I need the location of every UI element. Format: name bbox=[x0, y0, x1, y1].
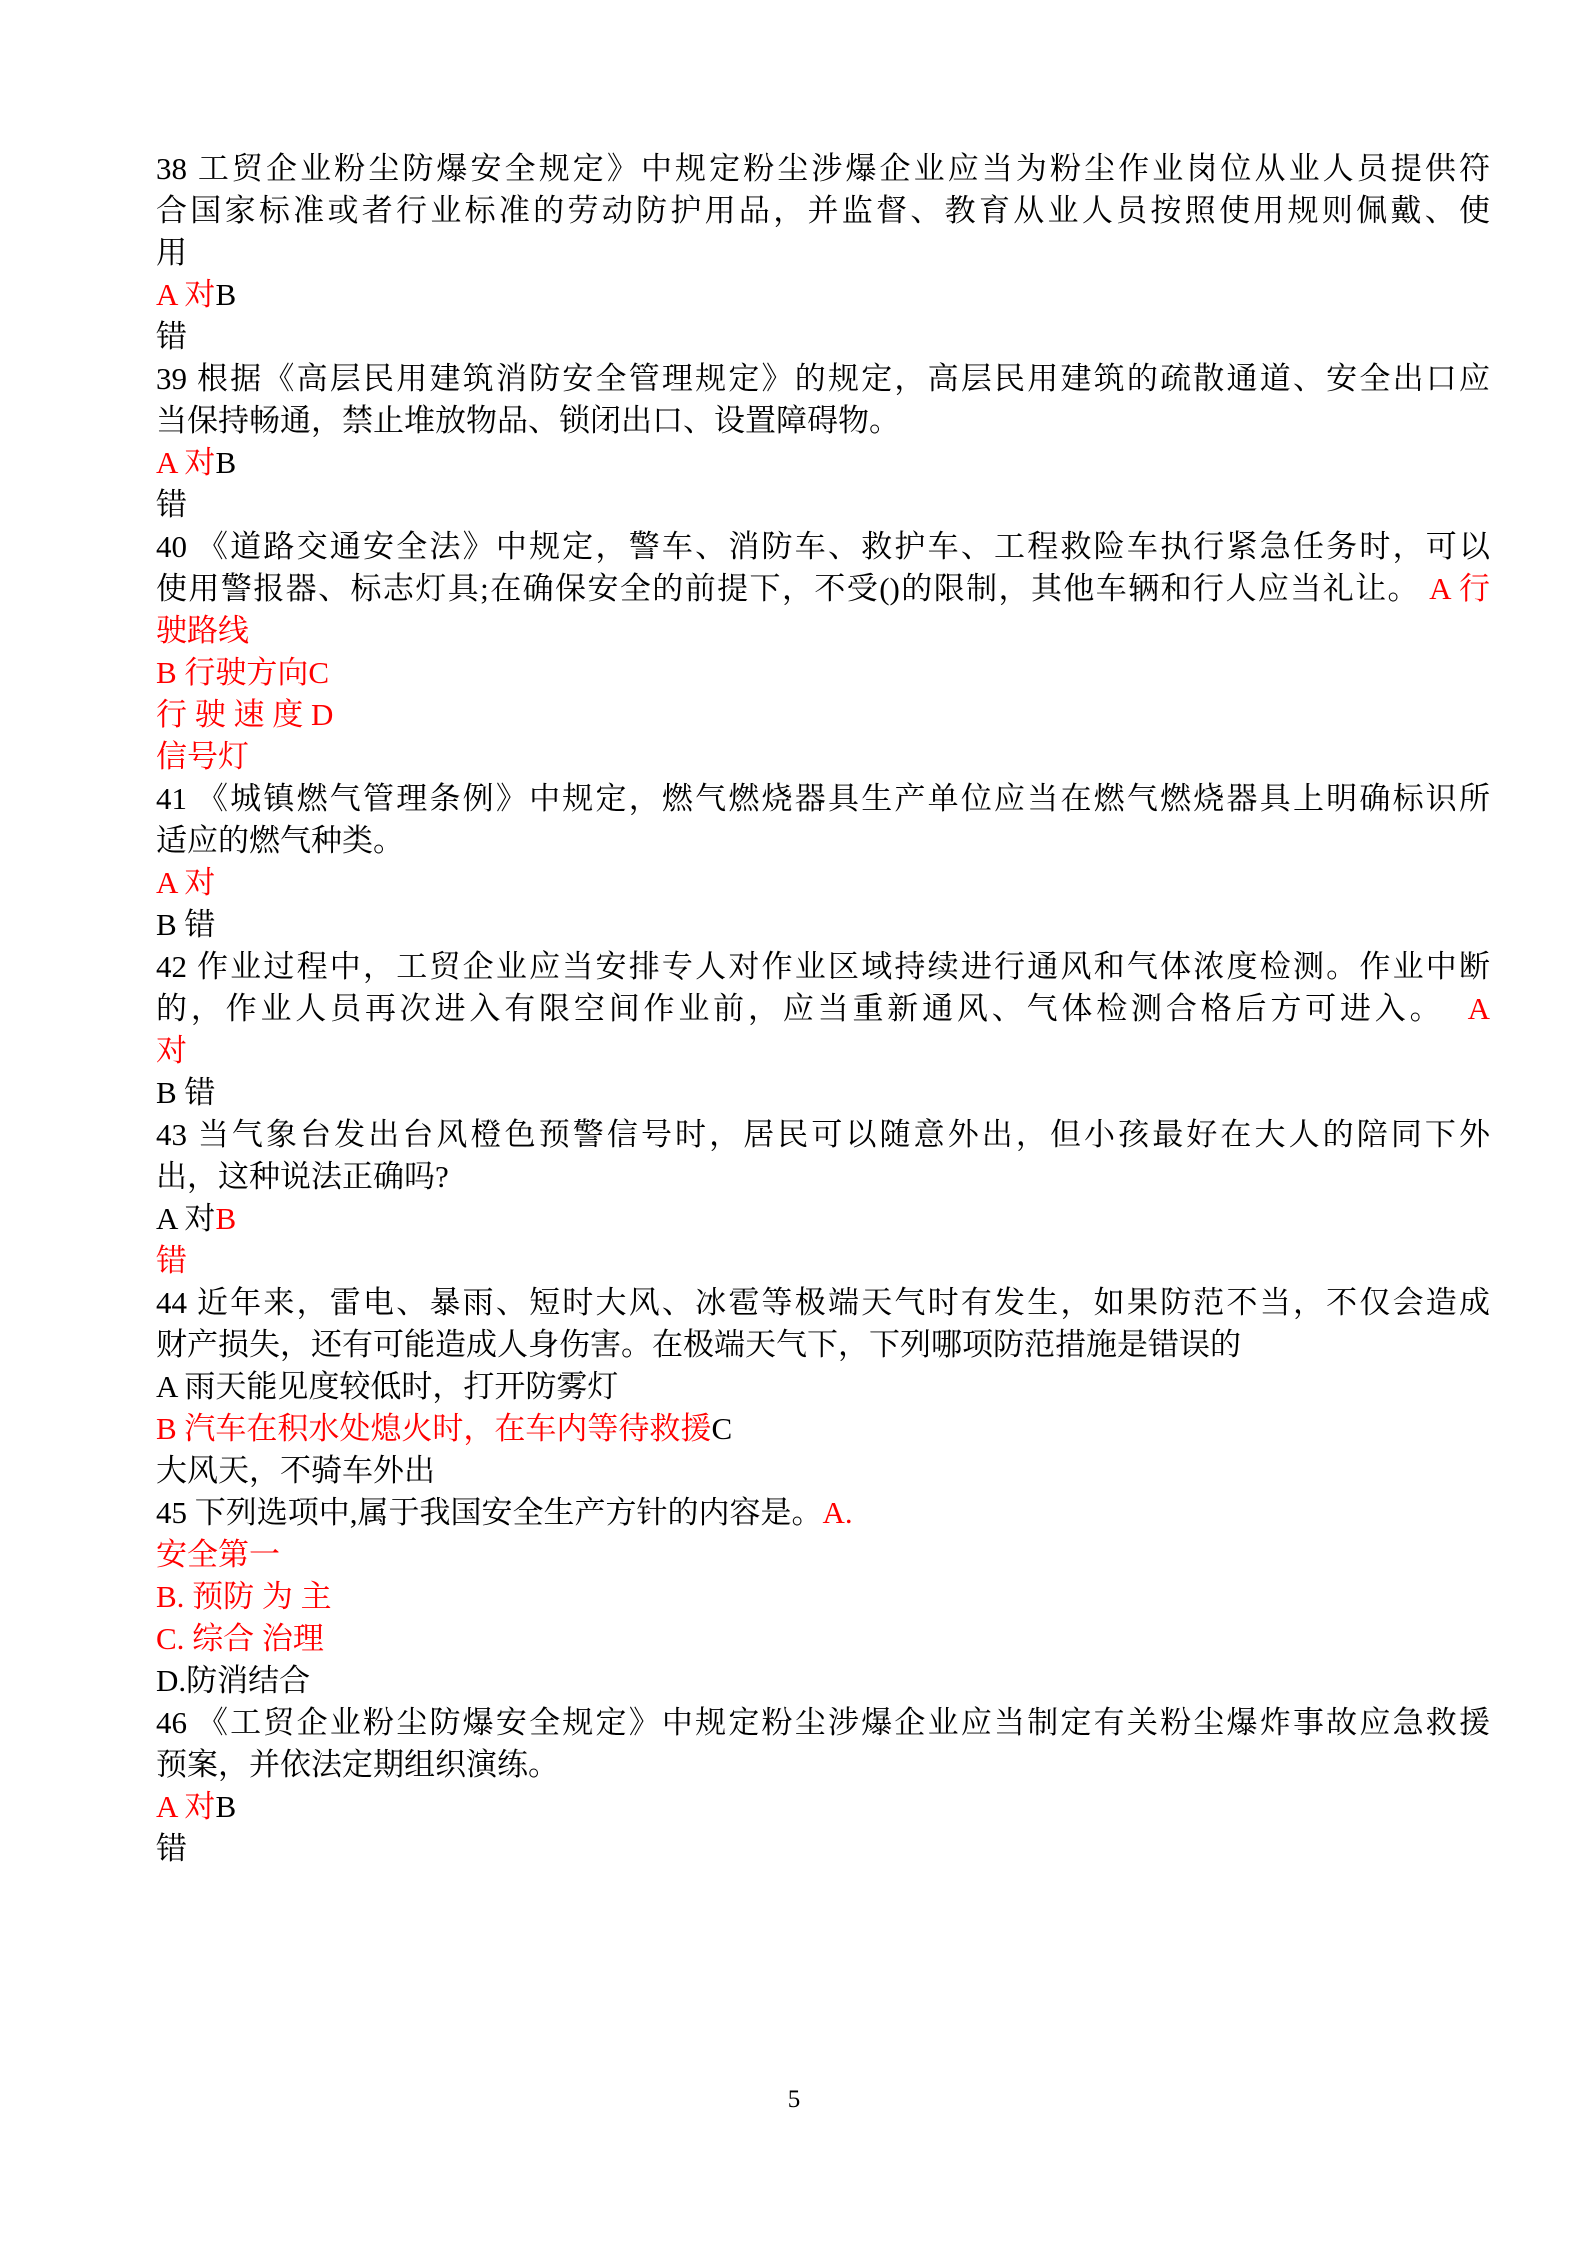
question-46-line-3: A 对B bbox=[156, 1786, 1490, 1828]
question-38-line-4: A 对B bbox=[156, 274, 1490, 316]
text-segment: 错 bbox=[156, 1243, 187, 1278]
text-segment: B bbox=[215, 1789, 236, 1824]
question-38-line-2: 合国家标准或者行业标准的劳动防护用品，并监督、教育从业人员按照使用规则佩戴、使 bbox=[156, 190, 1490, 232]
text-segment: A 行 bbox=[1420, 571, 1490, 606]
question-39-line-1: 39 根据《高层民用建筑消防安全管理规定》的规定，高层民用建筑的疏散通道、安全出… bbox=[156, 358, 1490, 400]
text-segment: A 对 bbox=[156, 1789, 215, 1824]
question-44-line-4: B 汽车在积水处熄火时，在车内等待救援C bbox=[156, 1408, 1490, 1450]
question-41-line-3: A 对 bbox=[156, 862, 1490, 904]
question-40-line-2: 使用警报器、标志灯具;在确保安全的前提下，不受()的限制，其他车辆和行人应当礼让… bbox=[156, 568, 1490, 610]
text-segment: 合国家标准或者行业标准的劳动防护用品，并监督、教育从业人员按照使用规则佩戴、使 bbox=[156, 193, 1490, 228]
text-segment: A bbox=[1444, 991, 1490, 1026]
document-page: 38 工贸企业粉尘防爆安全规定》中规定粉尘涉爆企业应当为粉尘作业岗位从业人员提供… bbox=[0, 0, 1588, 2245]
question-42-line-3: 对 bbox=[156, 1030, 1490, 1072]
text-segment: 错 bbox=[156, 487, 187, 522]
question-38-line-5: 错 bbox=[156, 316, 1490, 358]
question-40-line-5: 行 驶 速 度 D bbox=[156, 694, 1490, 736]
text-segment: A. bbox=[823, 1495, 853, 1530]
question-43-line-1: 43 当气象台发出台风橙色预警信号时，居民可以随意外出，但小孩最好在大人的陪同下… bbox=[156, 1114, 1490, 1156]
text-segment: 44 近年来，雷电、暴雨、短时大风、冰雹等极端天气时有发生，如果防范不当，不仅会… bbox=[156, 1285, 1490, 1320]
question-42-line-2: 的，作业人员再次进入有限空间作业前，应当重新通风、气体检测合格后方可进入。 A bbox=[156, 988, 1490, 1030]
question-41-line-1: 41 《城镇燃气管理条例》中规定，燃气燃烧器具生产单位应当在燃气燃烧器具上明确标… bbox=[156, 778, 1490, 820]
question-45-line-5: D.防消结合 bbox=[156, 1660, 1490, 1702]
text-segment: 45 下列选项中,属于我国安全生产方针的内容是。 bbox=[156, 1495, 823, 1530]
text-segment: 安全第一 bbox=[156, 1537, 280, 1572]
text-segment: A 对 bbox=[156, 445, 215, 480]
question-42-line-1: 42 作业过程中，工贸企业应当安排专人对作业区域持续进行通风和气体浓度检测。作业… bbox=[156, 946, 1490, 988]
text-segment: 41 《城镇燃气管理条例》中规定，燃气燃烧器具生产单位应当在燃气燃烧器具上明确标… bbox=[156, 781, 1490, 816]
question-41-line-2: 适应的燃气种类。 bbox=[156, 820, 1490, 862]
text-segment: A 对 bbox=[156, 277, 215, 312]
text-segment: 对 bbox=[156, 1033, 187, 1068]
question-41-line-4: B 错 bbox=[156, 904, 1490, 946]
text-segment: C. 综合 治理 bbox=[156, 1621, 324, 1656]
text-segment: B 行驶方向C bbox=[156, 655, 329, 690]
question-40-line-1: 40 《道路交通安全法》中规定，警车、消防车、救护车、工程救险车执行紧急任务时，… bbox=[156, 526, 1490, 568]
questions-text: 38 工贸企业粉尘防爆安全规定》中规定粉尘涉爆企业应当为粉尘作业岗位从业人员提供… bbox=[156, 148, 1490, 1870]
question-45-line-1: 45 下列选项中,属于我国安全生产方针的内容是。A. bbox=[156, 1492, 1490, 1534]
text-segment: A 对 bbox=[156, 1201, 215, 1236]
question-39-line-4: 错 bbox=[156, 484, 1490, 526]
text-segment: 大风天，不骑车外出 bbox=[156, 1453, 435, 1488]
text-segment: 42 作业过程中，工贸企业应当安排专人对作业区域持续进行通风和气体浓度检测。作业… bbox=[156, 949, 1490, 984]
text-segment: 行 驶 速 度 D bbox=[156, 697, 333, 732]
text-segment: 适应的燃气种类。 bbox=[156, 823, 404, 858]
text-segment: 出，这种说法正确吗? bbox=[156, 1159, 449, 1194]
question-38-line-3: 用 bbox=[156, 232, 1490, 274]
text-segment: 驶路线 bbox=[156, 613, 249, 648]
question-39-line-3: A 对B bbox=[156, 442, 1490, 484]
question-43-line-4: 错 bbox=[156, 1240, 1490, 1282]
question-45-line-3: B. 预防 为 主 bbox=[156, 1576, 1490, 1618]
text-segment: B. 预防 为 主 bbox=[156, 1579, 332, 1614]
text-segment: 使用警报器、标志灯具;在确保安全的前提下，不受()的限制，其他车辆和行人应当礼让… bbox=[156, 571, 1420, 606]
text-segment: A 雨天能见度较低时，打开防雾灯 bbox=[156, 1369, 618, 1404]
text-segment: 当保持畅通，禁止堆放物品、锁闭出口、设置障碍物。 bbox=[156, 403, 900, 438]
question-44-line-1: 44 近年来，雷电、暴雨、短时大风、冰雹等极端天气时有发生，如果防范不当，不仅会… bbox=[156, 1282, 1490, 1324]
text-segment: 38 工贸企业粉尘防爆安全规定》中规定粉尘涉爆企业应当为粉尘作业岗位从业人员提供… bbox=[156, 151, 1490, 186]
question-46-line-2: 预案，并依法定期组织演练。 bbox=[156, 1744, 1490, 1786]
text-segment: 39 根据《高层民用建筑消防安全管理规定》的规定，高层民用建筑的疏散通道、安全出… bbox=[156, 361, 1490, 396]
text-segment: 的，作业人员再次进入有限空间作业前，应当重新通风、气体检测合格后方可进入。 bbox=[156, 991, 1444, 1026]
text-segment: B 错 bbox=[156, 1075, 215, 1110]
text-segment: 预案，并依法定期组织演练。 bbox=[156, 1747, 559, 1782]
question-40-line-6: 信号灯 bbox=[156, 736, 1490, 778]
question-42-line-4: B 错 bbox=[156, 1072, 1490, 1114]
text-segment: 财产损失，还有可能造成人身伤害。在极端天气下，下列哪项防范措施是错误的 bbox=[156, 1327, 1241, 1362]
question-45-line-4: C. 综合 治理 bbox=[156, 1618, 1490, 1660]
question-43-line-2: 出，这种说法正确吗? bbox=[156, 1156, 1490, 1198]
text-segment: B bbox=[215, 277, 236, 312]
question-40-line-3: 驶路线 bbox=[156, 610, 1490, 652]
question-45-line-2: 安全第一 bbox=[156, 1534, 1490, 1576]
question-46-line-4: 错 bbox=[156, 1828, 1490, 1870]
text-segment: 错 bbox=[156, 1831, 187, 1866]
text-segment: B 汽车在积水处熄火时，在车内等待救援 bbox=[156, 1411, 711, 1446]
question-44-line-3: A 雨天能见度较低时，打开防雾灯 bbox=[156, 1366, 1490, 1408]
question-38-line-1: 38 工贸企业粉尘防爆安全规定》中规定粉尘涉爆企业应当为粉尘作业岗位从业人员提供… bbox=[156, 148, 1490, 190]
text-segment: 43 当气象台发出台风橙色预警信号时，居民可以随意外出，但小孩最好在大人的陪同下… bbox=[156, 1117, 1490, 1152]
page-number: 5 bbox=[0, 2086, 1588, 2114]
text-segment: B bbox=[215, 1201, 236, 1236]
text-segment: 错 bbox=[156, 319, 187, 354]
text-segment: B bbox=[215, 445, 236, 480]
question-39-line-2: 当保持畅通，禁止堆放物品、锁闭出口、设置障碍物。 bbox=[156, 400, 1490, 442]
text-segment: 用 bbox=[156, 235, 187, 270]
question-43-line-3: A 对B bbox=[156, 1198, 1490, 1240]
text-segment: D.防消结合 bbox=[156, 1663, 310, 1698]
text-segment: 40 《道路交通安全法》中规定，警车、消防车、救护车、工程救险车执行紧急任务时，… bbox=[156, 529, 1490, 564]
question-44-line-2: 财产损失，还有可能造成人身伤害。在极端天气下，下列哪项防范措施是错误的 bbox=[156, 1324, 1490, 1366]
text-segment: A 对 bbox=[156, 865, 215, 900]
text-segment: 46 《工贸企业粉尘防爆安全规定》中规定粉尘涉爆企业应当制定有关粉尘爆炸事故应急… bbox=[156, 1705, 1490, 1740]
text-segment: C bbox=[711, 1411, 732, 1446]
question-40-line-4: B 行驶方向C bbox=[156, 652, 1490, 694]
question-44-line-5: 大风天，不骑车外出 bbox=[156, 1450, 1490, 1492]
text-segment: 信号灯 bbox=[156, 739, 249, 774]
question-46-line-1: 46 《工贸企业粉尘防爆安全规定》中规定粉尘涉爆企业应当制定有关粉尘爆炸事故应急… bbox=[156, 1702, 1490, 1744]
text-segment: B 错 bbox=[156, 907, 215, 942]
